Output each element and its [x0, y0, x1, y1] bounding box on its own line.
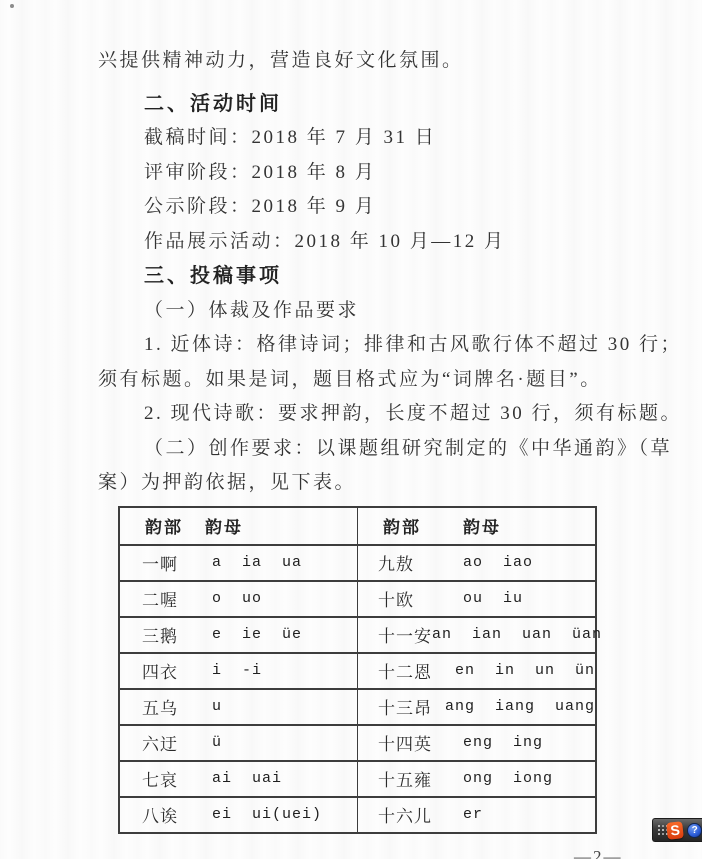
rhyme-group-name: 八诶	[142, 802, 212, 827]
page-number: —2—	[574, 847, 623, 859]
rhyme-finals: e ie üe	[212, 626, 302, 643]
rhyme-finals: ü	[212, 734, 222, 751]
header-right: 韵部 韵母	[358, 513, 595, 538]
rhyme-finals: ai uai	[212, 770, 282, 787]
rhyme-finals: ang iang uang	[445, 698, 595, 715]
item1-line1: 1. 近体诗：格律诗词；排律和古风歌行体不超过 30 行；	[98, 328, 643, 363]
help-icon[interactable]: ?	[687, 823, 702, 838]
rhyme-group-name: 四衣	[142, 658, 212, 683]
col-header-finals: 韵母	[463, 513, 501, 538]
rhyme-group-name: 五乌	[142, 694, 212, 719]
rhyme-group-name: 九敖	[378, 550, 463, 575]
schedule-deadline: 截稿时间：2018 年 7 月 31 日	[98, 121, 643, 156]
rhyme-finals: o uo	[212, 590, 262, 607]
rhyme-group-name: 六迂	[142, 730, 212, 755]
rhyme-finals: ao iao	[463, 554, 533, 571]
col-header-finals: 韵母	[205, 513, 243, 538]
rhyme-finals: eng ing	[463, 734, 543, 751]
ime-drag-grid-icon[interactable]	[658, 825, 660, 827]
rhyme-group-name: 七哀	[142, 766, 212, 791]
rhyme-group-name: 三鹅	[142, 622, 212, 647]
table-row: 五乌u 十三昂ang iang uang	[119, 689, 596, 725]
col-header-rhyme-group: 韵部	[145, 513, 205, 538]
subsection-genre-heading: （一）体裁及作品要求	[98, 294, 643, 329]
subsection-creation-line2: 案）为押韵依据，见下表。	[98, 466, 643, 501]
item1-line2: 须有标题。如果是词，题目格式应为“词牌名·题目”。	[98, 363, 643, 398]
rhyme-finals: u	[212, 698, 222, 715]
header-left: 韵部 韵母	[120, 513, 357, 538]
schedule-review: 评审阶段：2018 年 8 月	[98, 156, 643, 191]
rhyme-finals: i -i	[212, 662, 262, 679]
schedule-exhibition: 作品展示活动：2018 年 10 月—12 月	[98, 225, 643, 260]
subsection-creation-line1: （二）创作要求：以课题组研究制定的《中华通韵》（草	[98, 432, 643, 467]
rhyme-group-name: 二喔	[142, 586, 212, 611]
section-activity-time-heading: 二、活动时间	[98, 87, 643, 122]
table-row: 一啊a ia ua 九敖ao iao	[119, 545, 596, 581]
rhyme-finals: er	[463, 806, 483, 823]
rhyme-group-name: 十一安	[378, 622, 432, 647]
rhyme-finals: a ia ua	[212, 554, 302, 571]
rhyme-table-header-row: 韵部 韵母 韵部 韵母	[119, 507, 596, 545]
rhyme-finals: en in un ün	[455, 662, 595, 679]
sogou-logo-icon[interactable]: S	[666, 821, 684, 840]
table-row: 三鹅e ie üe 十一安an ian uan üan	[119, 617, 596, 653]
table-row: 四衣i -i 十二恩en in un ün	[119, 653, 596, 689]
rhyme-finals: ong iong	[463, 770, 553, 787]
table-row: 二喔o uo 十欧ou iu	[119, 581, 596, 617]
rhyme-group-name: 十三昂	[378, 694, 445, 719]
table-row: 八诶ei ui(uei) 十六儿er	[119, 797, 596, 833]
rhyme-table: 韵部 韵母 韵部 韵母 一啊a ia ua 九敖ao iao 二喔o uo 十欧…	[118, 506, 597, 834]
scan-speck	[10, 4, 14, 8]
scanned-document-view: { "doc": { "intro_line": "兴提供精神动力，营造良好文化…	[0, 0, 702, 859]
rhyme-finals: ei ui(uei)	[212, 806, 322, 823]
schedule-publicity: 公示阶段：2018 年 9 月	[98, 190, 643, 225]
rhyme-group-name: 十四英	[378, 730, 463, 755]
section-submission-heading: 三、投稿事项	[98, 259, 643, 294]
rhyme-group-name: 十二恩	[378, 658, 455, 683]
rhyme-group-name: 十五雍	[378, 766, 463, 791]
rhyme-finals: an ian uan üan	[432, 626, 602, 643]
table-row: 六迂ü 十四英eng ing	[119, 725, 596, 761]
rhyme-group-name: 十欧	[378, 586, 463, 611]
sogou-ime-toolbar[interactable]: S ?	[652, 818, 702, 842]
rhyme-group-name: 一啊	[142, 550, 212, 575]
intro-line: 兴提供精神动力，营造良好文化氛围。	[98, 44, 643, 79]
rhyme-group-name: 十六儿	[378, 802, 463, 827]
rhyme-finals: ou iu	[463, 590, 523, 607]
document-body: 兴提供精神动力，营造良好文化氛围。 二、活动时间 截稿时间：2018 年 7 月…	[98, 0, 643, 834]
col-header-rhyme-group: 韵部	[383, 513, 463, 538]
item2-line: 2. 现代诗歌：要求押韵，长度不超过 30 行，须有标题。	[98, 397, 643, 432]
table-row: 七哀ai uai 十五雍ong iong	[119, 761, 596, 797]
